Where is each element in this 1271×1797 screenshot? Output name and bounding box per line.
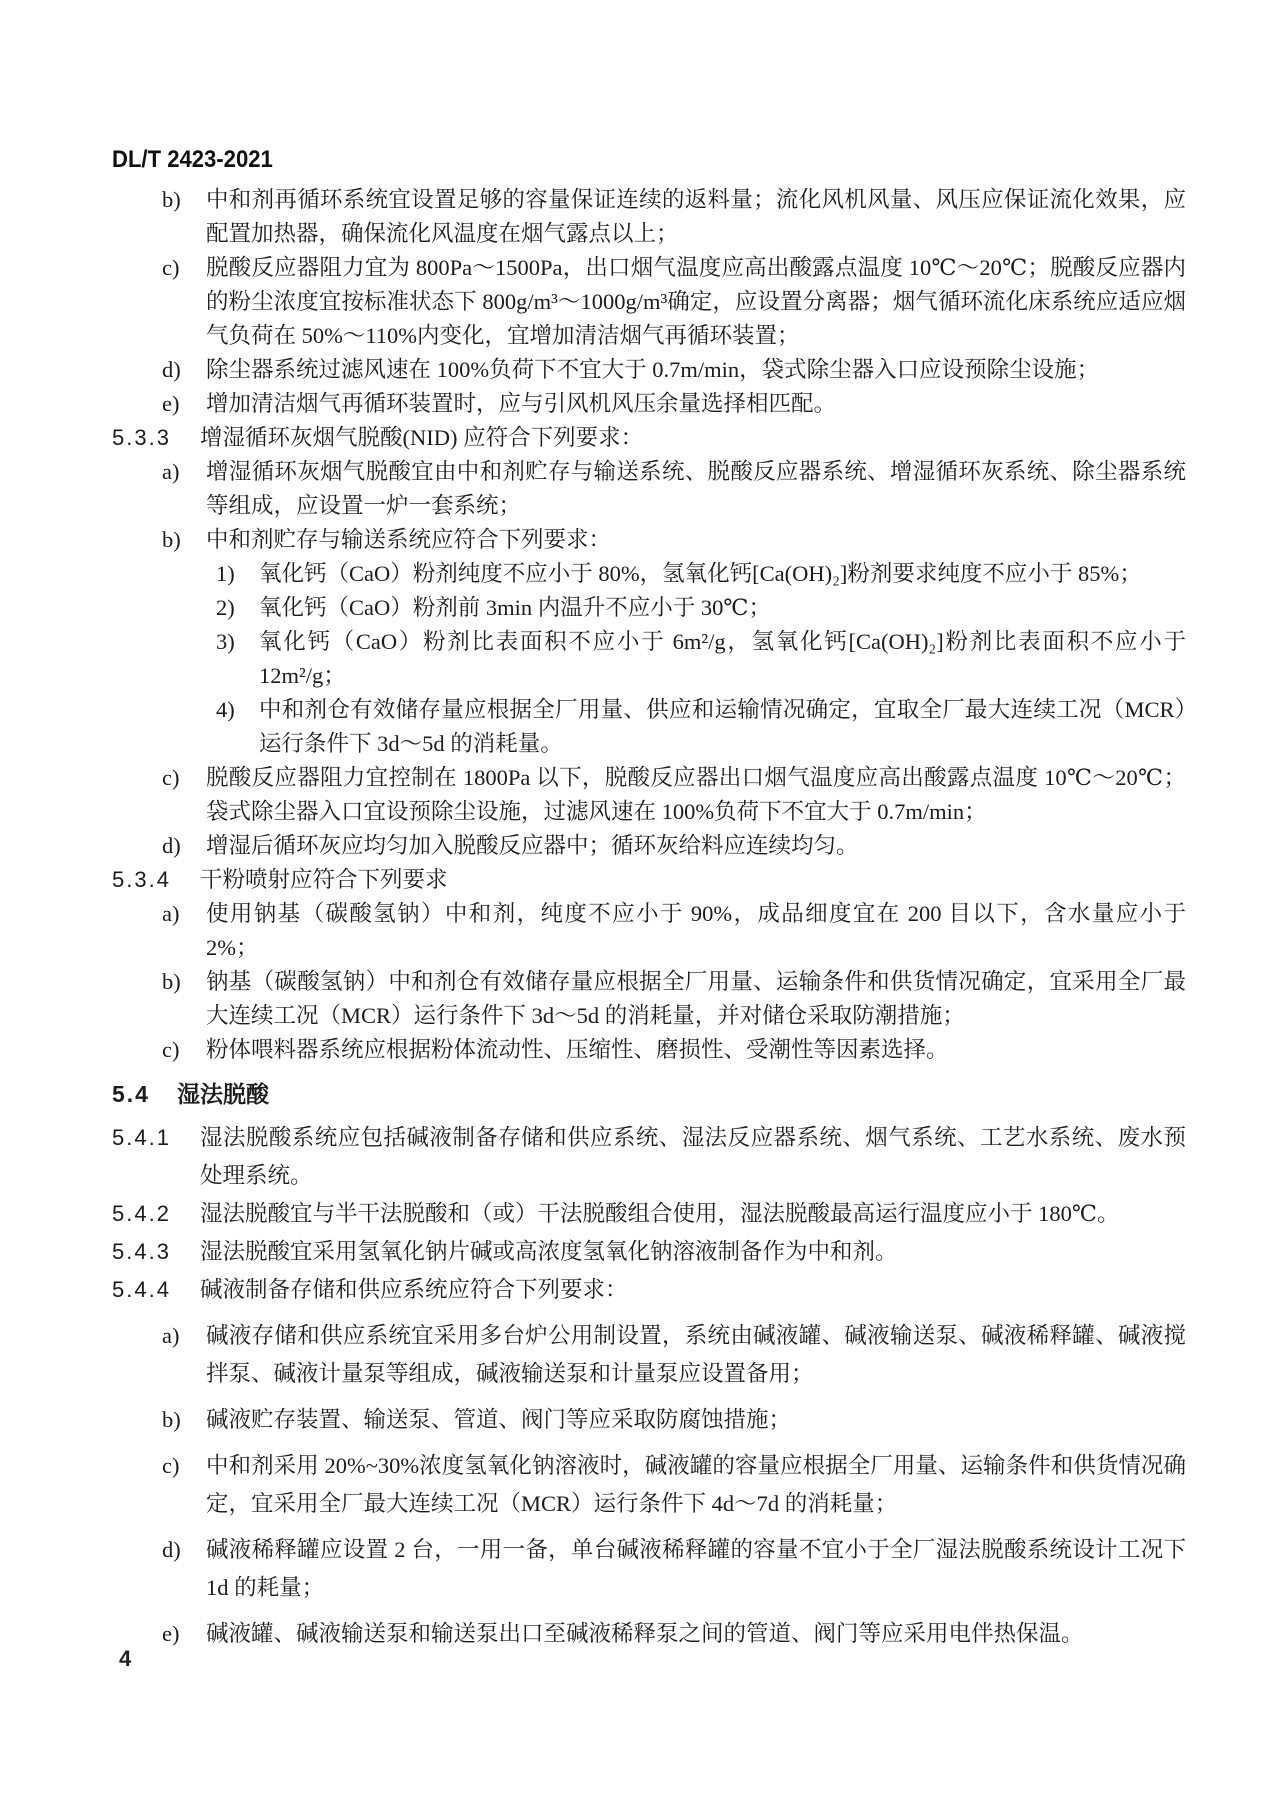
item-label: 3) <box>216 625 259 693</box>
sub-item: 3) 氧化钙（CaO）粉剂比表面积不应小于 6m²/g，氢氧化钙[Ca(OH)₂… <box>216 625 1186 693</box>
clause-number: 5.3.4 <box>112 863 200 897</box>
clause-paragraph: 5.4.1 湿法脱酸系统应包括碱液制备存储和供应系统、湿法反应器系统、烟气系统、… <box>112 1119 1186 1195</box>
clause-item: c) 中和剂采用 20%~30%浓度氢氧化钠溶液时，碱液罐的容量应根据全厂用量、… <box>162 1447 1186 1523</box>
clause-item: b) 钠基（碳酸氢钠）中和剂仓有效储存量应根据全厂用量、运输条件和供货情况确定，… <box>162 965 1186 1033</box>
clause-item: e) 碱液罐、碱液输送泵和输送泵出口至碱液稀释泵之间的管道、阀门等应采用电伴热保… <box>162 1615 1186 1653</box>
item-text: 碱液存储和供应系统宜采用多台炉公用制设置，系统由碱液罐、碱液输送泵、碱液稀释罐、… <box>206 1317 1186 1393</box>
clause-number: 5.4.4 <box>112 1271 200 1309</box>
clause-number: 5.4.2 <box>112 1195 200 1233</box>
item-label: a) <box>162 455 206 523</box>
clause-paragraph: 5.4.4 碱液制备存储和供应系统应符合下列要求： <box>112 1271 1186 1309</box>
document-body: b) 中和剂再循环系统宜设置足够的容量保证连续的返料量；流化风机风量、风压应保证… <box>112 183 1186 1653</box>
item-text: 钠基（碳酸氢钠）中和剂仓有效储存量应根据全厂用量、运输条件和供货情况确定，宜采用… <box>206 965 1186 1033</box>
item-text: 碱液稀释罐应设置 2 台，一用一备，单台碱液稀释罐的容量不宜小于全厂湿法脱酸系统… <box>206 1531 1186 1607</box>
item-text: 中和剂贮存与输送系统应符合下列要求： <box>206 523 1186 557</box>
item-label: d) <box>162 353 206 387</box>
clause-item: d) 除尘器系统过滤风速在 100%负荷下不宜大于 0.7m/min，袋式除尘器… <box>162 353 1186 387</box>
item-label: 4) <box>216 693 259 761</box>
clause-paragraph: 5.4.3 湿法脱酸宜采用氢氧化钠片碱或高浓度氢氧化钠溶液制备作为中和剂。 <box>112 1233 1186 1271</box>
item-text: 增湿循环灰烟气脱酸宜由中和剂贮存与输送系统、脱酸反应器系统、增湿循环灰系统、除尘… <box>206 455 1186 523</box>
clause-text: 湿法脱酸宜与半干法脱酸和（或）干法脱酸组合使用，湿法脱酸最高运行温度应小于 18… <box>200 1195 1186 1233</box>
section-title: 湿法脱酸 <box>177 1075 1186 1113</box>
sub-item: 1) 氧化钙（CaO）粉剂纯度不应小于 80%，氢氧化钙[Ca(OH)₂]粉剂要… <box>216 557 1186 591</box>
item-label: c) <box>162 251 206 353</box>
clause-item: e) 增加清洁烟气再循环装置时，应与引风机风压余量选择相匹配。 <box>162 387 1186 421</box>
item-label: c) <box>162 1447 206 1523</box>
item-text: 除尘器系统过滤风速在 100%负荷下不宜大于 0.7m/min，袋式除尘器入口应… <box>206 353 1186 387</box>
clause-number: 5.3.3 <box>112 421 200 455</box>
item-label: c) <box>162 761 206 829</box>
item-label: 2) <box>216 591 259 625</box>
item-text: 碱液贮存装置、输送泵、管道、阀门等应采取防腐蚀措施； <box>206 1401 1186 1439</box>
item-text: 中和剂采用 20%~30%浓度氢氧化钠溶液时，碱液罐的容量应根据全厂用量、运输条… <box>206 1447 1186 1523</box>
item-label: c) <box>162 1033 206 1067</box>
clause-item: d) 增湿后循环灰应均匀加入脱酸反应器中；循环灰给料应连续均匀。 <box>162 829 1186 863</box>
section-number: 5.4 <box>112 1075 177 1113</box>
standard-number: DL/T 2423-2021 <box>112 146 273 174</box>
clause-heading: 5.3.3 增湿循环灰烟气脱酸(NID) 应符合下列要求： <box>112 421 1186 455</box>
document-page: DL/T 2423-2021 b) 中和剂再循环系统宜设置足够的容量保证连续的返… <box>0 0 1271 1797</box>
item-text: 氧化钙（CaO）粉剂前 3min 内温升不应小于 30℃； <box>259 591 1186 625</box>
clause-item: b) 碱液贮存装置、输送泵、管道、阀门等应采取防腐蚀措施； <box>162 1401 1186 1439</box>
item-text: 碱液罐、碱液输送泵和输送泵出口至碱液稀释泵之间的管道、阀门等应采用电伴热保温。 <box>206 1615 1186 1653</box>
clause-item: a) 增湿循环灰烟气脱酸宜由中和剂贮存与输送系统、脱酸反应器系统、增湿循环灰系统… <box>162 455 1186 523</box>
clause-text: 增湿循环灰烟气脱酸(NID) 应符合下列要求： <box>200 421 1186 455</box>
item-label: b) <box>162 965 206 1033</box>
item-text: 粉体喂料器系统应根据粉体流动性、压缩性、磨损性、受潮性等因素选择。 <box>206 1033 1186 1067</box>
item-text: 氧化钙（CaO）粉剂比表面积不应小于 6m²/g，氢氧化钙[Ca(OH)₂]粉剂… <box>259 625 1186 693</box>
clause-item: b) 中和剂贮存与输送系统应符合下列要求： <box>162 523 1186 557</box>
clause-text: 湿法脱酸系统应包括碱液制备存储和供应系统、湿法反应器系统、烟气系统、工艺水系统、… <box>200 1119 1186 1195</box>
item-text: 脱酸反应器阻力宜为 800Pa～1500Pa，出口烟气温度应高出酸露点温度 10… <box>206 251 1186 353</box>
item-label: d) <box>162 829 206 863</box>
item-label: a) <box>162 897 206 965</box>
clause-item: a) 碱液存储和供应系统宜采用多台炉公用制设置，系统由碱液罐、碱液输送泵、碱液稀… <box>162 1317 1186 1393</box>
clause-item: b) 中和剂再循环系统宜设置足够的容量保证连续的返料量；流化风机风量、风压应保证… <box>162 183 1186 251</box>
item-label: b) <box>162 1401 206 1439</box>
clause-text: 碱液制备存储和供应系统应符合下列要求： <box>200 1271 1186 1309</box>
item-text: 氧化钙（CaO）粉剂纯度不应小于 80%，氢氧化钙[Ca(OH)₂]粉剂要求纯度… <box>259 557 1186 591</box>
item-label: b) <box>162 183 206 251</box>
clause-item: c) 脱酸反应器阻力宜控制在 1800Pa 以下，脱酸反应器出口烟气温度应高出酸… <box>162 761 1186 829</box>
clause-item: d) 碱液稀释罐应设置 2 台，一用一备，单台碱液稀释罐的容量不宜小于全厂湿法脱… <box>162 1531 1186 1607</box>
sub-item: 2) 氧化钙（CaO）粉剂前 3min 内温升不应小于 30℃； <box>216 591 1186 625</box>
item-label: d) <box>162 1531 206 1607</box>
item-text: 中和剂仓有效储存量应根据全厂用量、供应和运输情况确定，宜取全厂最大连续工况（MC… <box>259 693 1186 761</box>
clause-item: c) 脱酸反应器阻力宜为 800Pa～1500Pa，出口烟气温度应高出酸露点温度… <box>162 251 1186 353</box>
item-label: a) <box>162 1317 206 1393</box>
page-number: 4 <box>119 1646 131 1672</box>
item-label: e) <box>162 1615 206 1653</box>
clause-text: 湿法脱酸宜采用氢氧化钠片碱或高浓度氢氧化钠溶液制备作为中和剂。 <box>200 1233 1186 1271</box>
item-text: 脱酸反应器阻力宜控制在 1800Pa 以下，脱酸反应器出口烟气温度应高出酸露点温… <box>206 761 1186 829</box>
clause-item: c) 粉体喂料器系统应根据粉体流动性、压缩性、磨损性、受潮性等因素选择。 <box>162 1033 1186 1067</box>
clause-heading: 5.3.4 干粉喷射应符合下列要求 <box>112 863 1186 897</box>
item-text: 中和剂再循环系统宜设置足够的容量保证连续的返料量；流化风机风量、风压应保证流化效… <box>206 183 1186 251</box>
item-label: e) <box>162 387 206 421</box>
section-heading: 5.4 湿法脱酸 <box>112 1075 1186 1113</box>
item-text: 使用钠基（碳酸氢钠）中和剂，纯度不应小于 90%，成品细度宜在 200 目以下，… <box>206 897 1186 965</box>
clause-item: a) 使用钠基（碳酸氢钠）中和剂，纯度不应小于 90%，成品细度宜在 200 目… <box>162 897 1186 965</box>
clause-paragraph: 5.4.2 湿法脱酸宜与半干法脱酸和（或）干法脱酸组合使用，湿法脱酸最高运行温度… <box>112 1195 1186 1233</box>
sub-item: 4) 中和剂仓有效储存量应根据全厂用量、供应和运输情况确定，宜取全厂最大连续工况… <box>216 693 1186 761</box>
clause-text: 干粉喷射应符合下列要求 <box>200 863 1186 897</box>
item-text: 增加清洁烟气再循环装置时，应与引风机风压余量选择相匹配。 <box>206 387 1186 421</box>
item-label: 1) <box>216 557 259 591</box>
clause-number: 5.4.1 <box>112 1119 200 1195</box>
item-text: 增湿后循环灰应均匀加入脱酸反应器中；循环灰给料应连续均匀。 <box>206 829 1186 863</box>
item-label: b) <box>162 523 206 557</box>
clause-number: 5.4.3 <box>112 1233 200 1271</box>
